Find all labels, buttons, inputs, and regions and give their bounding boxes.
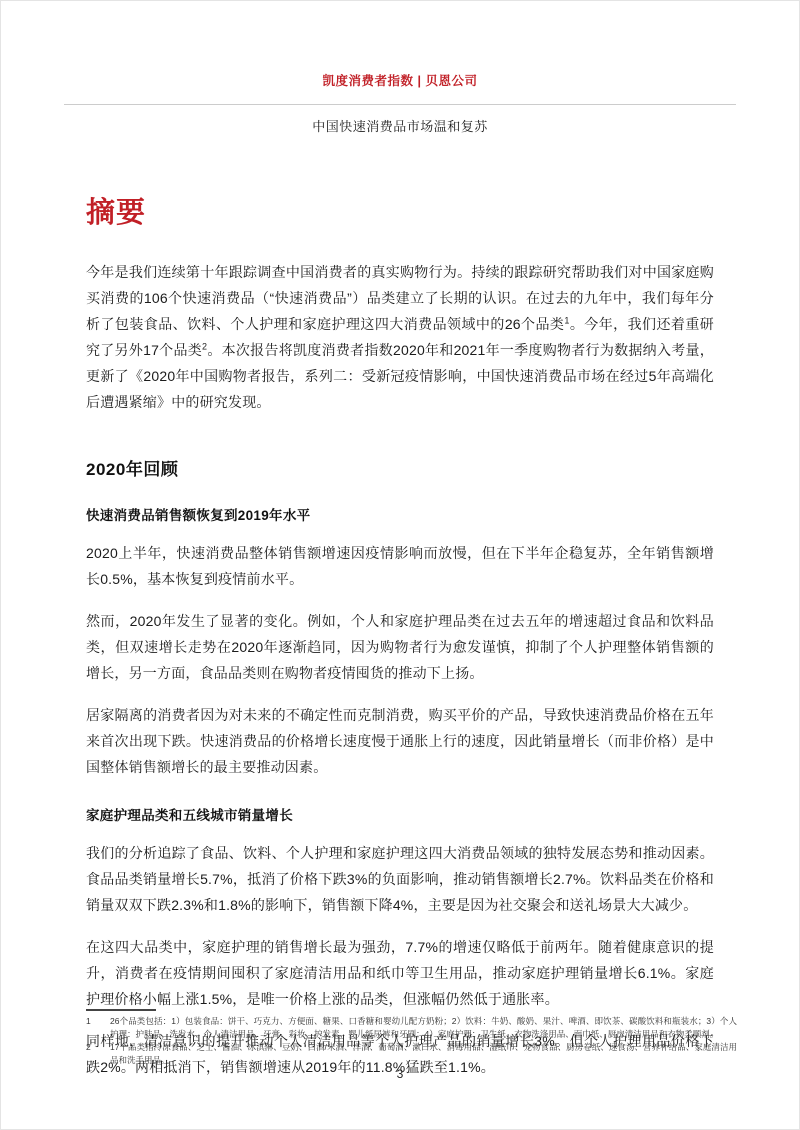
sub-heading-sales-recovery: 快速消费品销售额恢复到2019年水平 bbox=[86, 504, 714, 524]
page-number: 3 bbox=[1, 1067, 799, 1081]
paragraph-home-care-2: 在这四大品类中，家庭护理的销售增长最为强劲，7.7%的增速仅略低于前两年。随着健… bbox=[86, 934, 714, 1012]
report-page: 凯度消费者指数 | 贝恩公司 中国快速消费品市场温和复苏 摘要 今年是我们连续第… bbox=[0, 0, 800, 1130]
footnote-1: 1 26个品类包括：1）包装食品：饼干、巧克力、方便面、糖果、口香糖和婴幼儿配方… bbox=[86, 1015, 737, 1041]
brand-title: 凯度消费者指数 | 贝恩公司 bbox=[1, 71, 799, 89]
footnote-2-text: 17个品类指冷冻食品、芝士、酱油、冰淇淋、豆奶、白酒/米酒、洋酒、葡萄酒、漱口水… bbox=[110, 1041, 737, 1067]
document-subtitle: 中国快速消费品市场温和复苏 bbox=[1, 116, 799, 135]
main-content: 摘要 今年是我们连续第十年跟踪调查中国消费者的真实购物行为。持续的跟踪研究帮助我… bbox=[1, 190, 799, 1080]
paragraph-sales-recovery-2: 然而，2020年发生了显著的变化。例如，个人和家庭护理品类在过去五年的增速超过食… bbox=[86, 608, 714, 686]
footnote-divider bbox=[86, 1009, 156, 1011]
paragraph-sales-recovery-1: 2020上半年，快速消费品整体销售额增速因疫情影响而放慢，但在下半年企稳复苏，全… bbox=[86, 540, 714, 592]
sub-heading-home-care-growth: 家庭护理品类和五线城市销量增长 bbox=[86, 804, 714, 824]
footnotes-block: 1 26个品类包括：1）包装食品：饼干、巧克力、方便面、糖果、口香糖和婴幼儿配方… bbox=[86, 1009, 737, 1067]
section-heading-2020-review: 2020年回顾 bbox=[86, 455, 714, 480]
page-title: 摘要 bbox=[86, 190, 714, 231]
footnote-2: 2 17个品类指冷冻食品、芝士、酱油、冰淇淋、豆奶、白酒/米酒、洋酒、葡萄酒、漱… bbox=[86, 1041, 737, 1067]
page-header: 凯度消费者指数 | 贝恩公司 中国快速消费品市场温和复苏 bbox=[1, 1, 799, 135]
intro-paragraph: 今年是我们连续第十年跟踪调查中国消费者的真实购物行为。持续的跟踪研究帮助我们对中… bbox=[86, 259, 714, 415]
footnote-2-marker: 2 bbox=[86, 1041, 110, 1067]
footnote-1-marker: 1 bbox=[86, 1015, 110, 1041]
paragraph-sales-recovery-3: 居家隔离的消费者因为对未来的不确定性而克制消费，购买平价的产品，导致快速消费品价… bbox=[86, 702, 714, 780]
header-divider bbox=[64, 104, 736, 105]
footnote-1-text: 26个品类包括：1）包装食品：饼干、巧克力、方便面、糖果、口香糖和婴幼儿配方奶粉… bbox=[110, 1015, 737, 1041]
paragraph-home-care-1: 我们的分析追踪了食品、饮料、个人护理和家庭护理这四大消费品领域的独特发展态势和推… bbox=[86, 840, 714, 918]
